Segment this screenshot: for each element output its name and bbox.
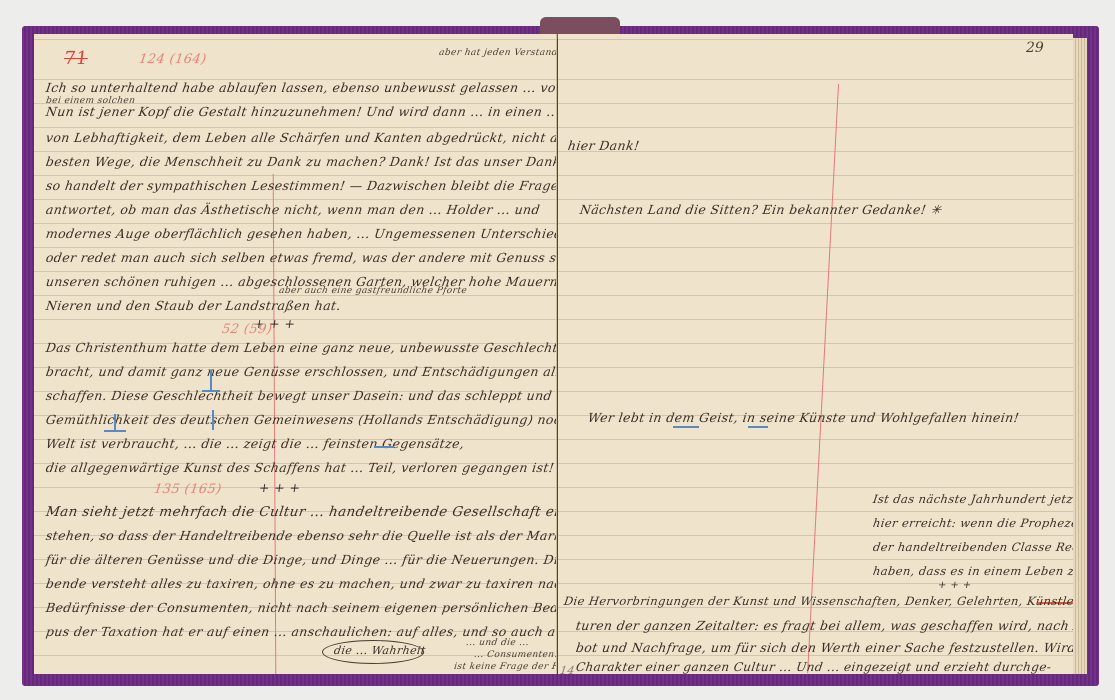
text-line: haben, dass es in einem Leben zu gehen! (872, 564, 1073, 578)
text-line: Charakter einer ganzen Cultur ... Und ..… (575, 660, 1052, 674)
text-line: oder redet man auch sich selben etwas fr… (45, 250, 557, 265)
text-line: so handelt der sympathischen Lesestimmen… (45, 178, 557, 193)
text-line: für die älteren Genüsse und die Dinge, u… (45, 552, 557, 567)
bottom-note: ist keine Frage der Fragen (453, 662, 557, 672)
text-line: von Lebhaftigkeit, dem Leben alle Schärf… (45, 130, 557, 145)
text-line: antwortet, ob man das Ästhetische nicht,… (45, 202, 541, 217)
text-line: Nächsten Land die Sitten? Ein bekannter … (579, 202, 943, 217)
text-line: Ist das nächste Jahrhundert jetzt (872, 492, 1073, 506)
blue-insertion-mark (374, 446, 394, 448)
left-page: 71 124 (164) aber hat jeden Verstand Ich… (34, 34, 557, 674)
text-line: stehen, so dass der Handeltreibende eben… (45, 528, 557, 543)
text-line: modernes Auge oberflächlich gesehen habe… (45, 226, 557, 241)
text-line: Gemüthlichkeit des deutschen Gemeinwesen… (45, 412, 557, 427)
text-line: der handeltreibenden Classe Recht (872, 540, 1073, 554)
section-divider: + + + (937, 580, 972, 591)
section-mark: 124 (164) (138, 52, 208, 67)
marginal-note: aber hat jeden Verstand (438, 48, 557, 58)
folio-mark: 71 (63, 48, 90, 69)
text-line: Bedürfnisse der Consumenten, nicht nach … (45, 600, 557, 615)
text-line: Man sieht jetzt mehrfach die Cultur ... … (45, 504, 557, 520)
blue-insertion-mark (210, 370, 212, 392)
blue-insertion-mark (212, 410, 214, 430)
interlinear-note: aber auch eine gastfreundliche Pforte (278, 286, 467, 296)
margin-number: 14 (559, 664, 576, 674)
text-line: Die Hervorbringungen der Kunst und Wisse… (563, 594, 1073, 608)
blue-insertion-mark (104, 430, 126, 432)
circled-phrase-text: die ... Wahrheit (333, 644, 427, 657)
text-line: hier Dank! (567, 138, 641, 153)
blue-underline (748, 426, 768, 428)
text-line: Das Christenthum hatte dem Leben eine ga… (45, 340, 557, 355)
text-line: Ich so unterhaltend habe ablaufen lassen… (45, 80, 557, 95)
section-divider: + + + (258, 480, 301, 495)
bottom-note: ... Consumenten? ... (473, 650, 557, 660)
text-line: Welt ist verbraucht, ... die ... zeigt d… (45, 436, 465, 451)
text-line: bot und Nachfrage, um für sich den Werth… (575, 640, 1073, 655)
page-number: 29 (1026, 40, 1044, 56)
blue-insertion-mark (114, 414, 116, 430)
text-line: turen der ganzen Zeitalter: es fragt bei… (575, 618, 1073, 633)
text-line: die allgegenwärtige Kunst des Schaffens … (45, 460, 555, 475)
text-line: hier erreicht: wenn die Prophezeiten (872, 516, 1073, 530)
text-line: Nieren und den Staub der Landstraßen hat… (45, 298, 342, 313)
text-line: pus der Taxation hat er auf einen ... an… (45, 624, 557, 639)
page-edges (1073, 38, 1087, 674)
text-line: schaffen. Diese Geschlechtheit bewegt un… (45, 388, 557, 403)
section-mark: 135 (165) (153, 482, 223, 497)
ruled-lines (558, 34, 1073, 674)
text-line: bracht, und damit ganz neue Genüsse ersc… (45, 364, 557, 379)
right-page: 29 hier Dank! Nächsten Land die Sitten? … (558, 34, 1073, 674)
section-mark: 52 (59) (221, 322, 273, 337)
text-line: Wer lebt in dem Geist, in seine Künste u… (587, 410, 1020, 425)
text-line: Nun ist jener Kopf die Gestalt hinzuzune… (45, 104, 557, 119)
text-line: besten Wege, die Menschheit zu Dank zu m… (45, 154, 557, 169)
bottom-note: ... und die ... (465, 638, 529, 648)
blue-underline (673, 426, 699, 428)
text-line: bende versteht alles zu taxiren, ohne es… (45, 576, 557, 591)
blue-insertion-mark (202, 390, 220, 392)
